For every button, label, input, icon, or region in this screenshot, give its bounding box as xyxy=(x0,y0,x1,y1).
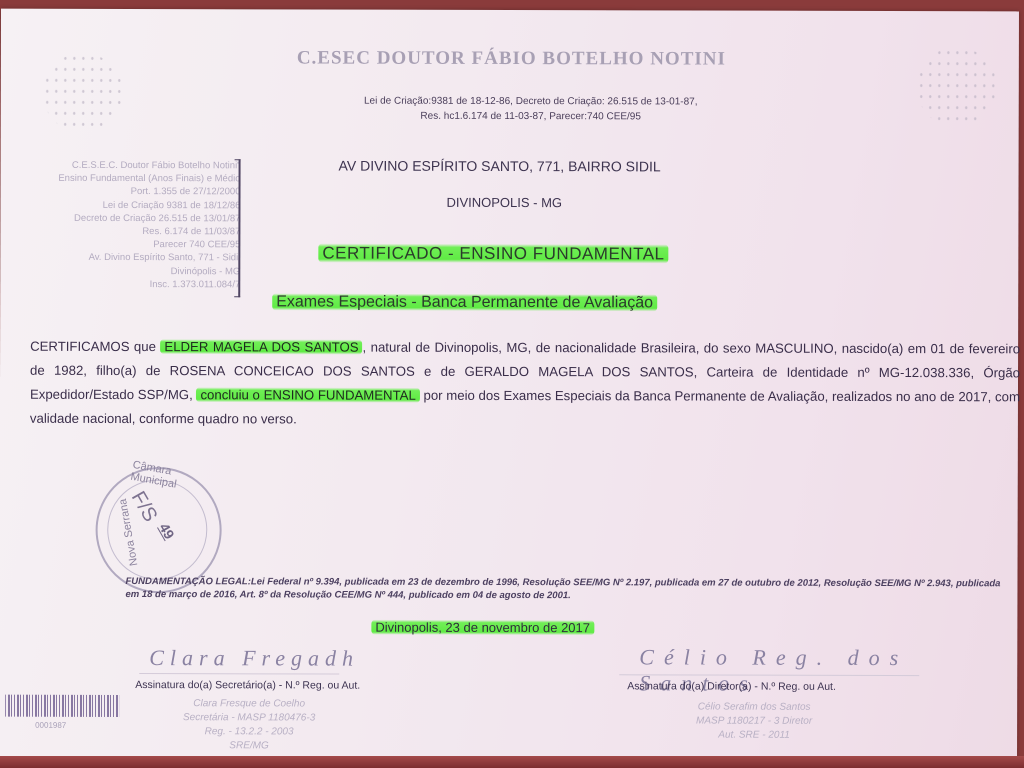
certificate-paper: C.ESEC DOUTOR FÁBIO BOTELHO NOTINI Lei d… xyxy=(0,9,1019,760)
seal-line: Av. Divino Espírito Santo, 771 - Sidil xyxy=(0,251,240,265)
director-stamp-line: Célio Serafim dos Santos xyxy=(639,700,869,715)
legal-line-2: Res. hc1.6.174 de 11-03-87, Parecer:740 … xyxy=(301,108,761,124)
secretary-signature: Clara Fregadh xyxy=(149,645,359,672)
secretary-signature-label: Assinatura do(a) Secretário(a) - N.º Reg… xyxy=(135,679,360,692)
conclusion-text: concluiu o ENSINO FUNDAMENTAL xyxy=(196,387,419,403)
body-intro: CERTIFICAMOS que xyxy=(30,339,160,354)
secretary-signature-line xyxy=(139,673,339,675)
seal-bracket xyxy=(234,159,240,297)
barcode xyxy=(5,695,119,717)
seal-line: Port. 1.355 de 27/12/2000 xyxy=(0,185,240,199)
director-stamp-line: MASP 1180217 - 3 Diretor xyxy=(639,714,869,729)
secretary-faded-stamp: Clara Fresque de Coelho Secretária - MAS… xyxy=(149,697,349,754)
institution-seal-block: C.E.S.E.C. Doutor Fábio Botelho Notini" … xyxy=(0,159,240,292)
place-and-date: Divinopolis, 23 de novembro de 2017 xyxy=(371,620,594,636)
faded-stamp-right xyxy=(917,47,997,127)
certificate-subtitle: Exames Especiais - Banca Permanente de A… xyxy=(272,293,657,312)
seal-line: C.E.S.E.C. Doutor Fábio Botelho Notini" xyxy=(1,159,241,173)
certificate-title: CERTIFICADO - ENSINO FUNDAMENTAL xyxy=(318,244,668,265)
secretary-stamp-line: Secretária - MASP 1180476-3 xyxy=(149,711,349,726)
seal-line: Insc. 1.373.011.084/7 xyxy=(0,277,240,291)
director-faded-stamp: Célio Serafim dos Santos MASP 1180217 - … xyxy=(639,700,869,743)
seal-line: Divinópolis - MG xyxy=(0,264,240,278)
table-surface xyxy=(0,756,1024,768)
certificate-title-text: CERTIFICADO - ENSINO FUNDAMENTAL xyxy=(318,244,668,264)
place-date-text: Divinopolis, 23 de novembro de 2017 xyxy=(371,620,594,636)
seal-line: Decreto de Criação 26.515 de 13/01/87 xyxy=(0,211,240,225)
school-legal-info: Lei de Criação:9381 de 18-12-86, Decreto… xyxy=(301,93,761,124)
certificate-subtitle-text: Exames Especiais - Banca Permanente de A… xyxy=(272,293,657,311)
seal-line: Lei de Criação 9381 de 18/12/86 xyxy=(0,198,240,212)
barcode-number: 0001987 xyxy=(35,721,66,730)
director-signature-label: Assinatura do(a) Diretor(a) - N.º Reg. o… xyxy=(627,680,836,693)
secretary-stamp-line: Clara Fresque de Coelho xyxy=(149,697,349,712)
legal-line-1: Lei de Criação:9381 de 18-12-86, Decreto… xyxy=(301,93,761,109)
secretary-stamp-line: Reg. - 13.2.2 - 2003 xyxy=(149,725,349,740)
legal-basis-text: Lei Federal nº 9.394, publicada em 23 de… xyxy=(125,576,1000,601)
seal-line: Res. 6.174 de 11/03/87 xyxy=(0,225,240,239)
school-name: C.ESEC DOUTOR FÁBIO BOTELHO NOTINI xyxy=(297,47,726,70)
certificate-body: CERTIFICAMOS que ELDER MAGELA DOS SANTOS… xyxy=(30,335,1020,434)
faded-stamp-left xyxy=(43,53,123,133)
director-stamp-line: Aut. SRE - 2011 xyxy=(639,728,869,743)
school-city: DIVINOPOLIS - MG xyxy=(446,195,562,210)
student-name: ELDER MAGELA DOS SANTOS xyxy=(160,339,362,355)
seal-line: Parecer 740 CEE/95 xyxy=(0,238,240,252)
legal-basis: FUNDAMENTAÇÃO LEGAL:Lei Federal nº 9.394… xyxy=(125,575,1005,603)
school-address: AV DIVINO ESPÍRITO SANTO, 771, BAIRRO SI… xyxy=(339,158,661,175)
legal-basis-label: FUNDAMENTAÇÃO LEGAL: xyxy=(125,576,250,587)
seal-line: Ensino Fundamental (Anos Finais) e Médio xyxy=(1,172,241,186)
secretary-stamp-line: SRE/MG xyxy=(149,739,349,754)
